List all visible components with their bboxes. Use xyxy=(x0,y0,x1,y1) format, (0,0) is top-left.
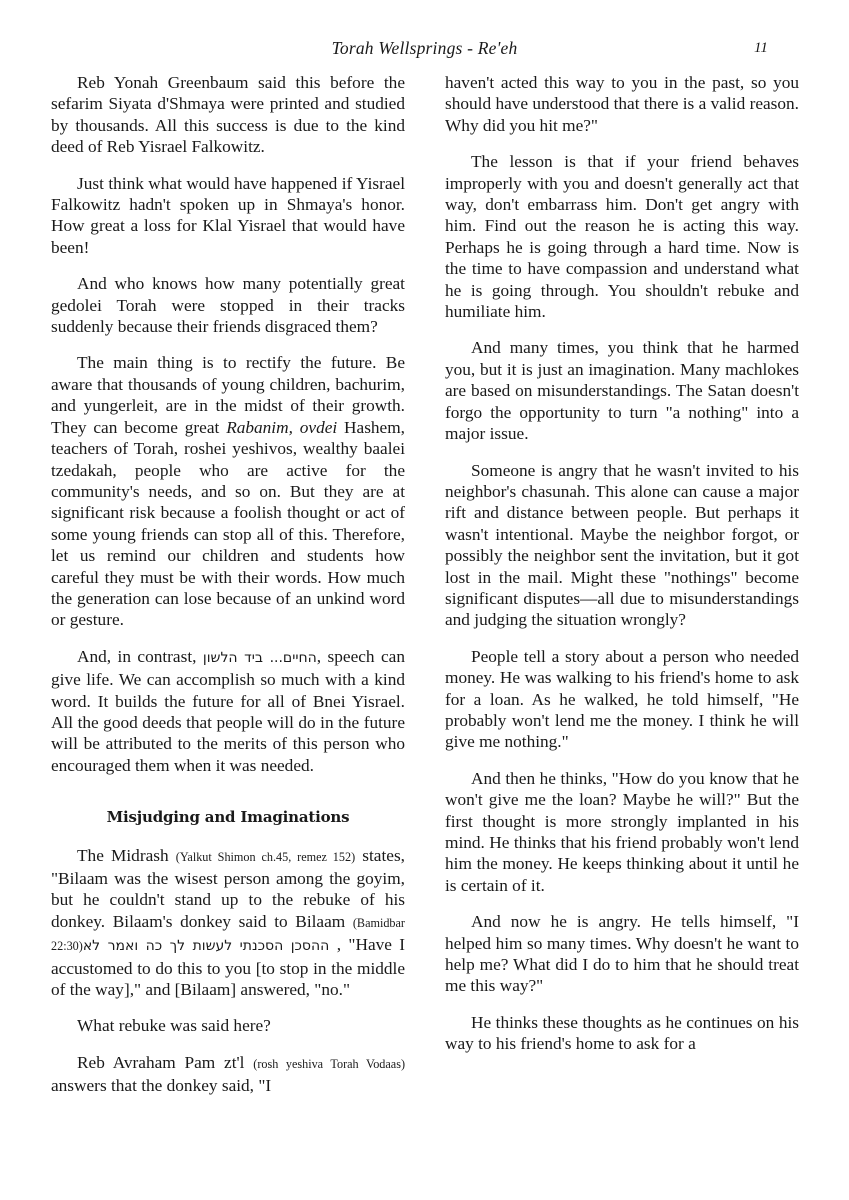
right-column: haven't acted this way to you in the pas… xyxy=(445,72,799,1070)
paragraph: He thinks these thoughts as he continues… xyxy=(445,1012,799,1055)
paragraph: What rebuke was said here? xyxy=(51,1015,405,1036)
paragraph: Reb Yonah Greenbaum said this before the… xyxy=(51,72,405,158)
paragraph: Someone is angry that he wasn't invited … xyxy=(445,460,799,631)
paragraph: And, in contrast, החיים... ביד הלשון, sp… xyxy=(51,646,405,776)
paragraph: The lesson is that if your friend behave… xyxy=(445,151,799,322)
paragraph: Reb Avraham Pam zt'l (rosh yeshiva Torah… xyxy=(51,1052,405,1097)
page-number: 11 xyxy=(754,40,768,57)
paragraph-text: answers that the donkey said, "I xyxy=(51,1076,271,1095)
paragraph: And now he is angry. He tells himself, "… xyxy=(445,911,799,997)
paragraph: People tell a story about a person who n… xyxy=(445,646,799,753)
paragraph: The Midrash (Yalkut Shimon ch.45, remez … xyxy=(51,845,405,1001)
source-citation: (Yalkut Shimon ch.45, remez 152) xyxy=(176,850,355,864)
hebrew-quote: ההסכן הסכנתי לעשות לך כה ואמר לא xyxy=(83,938,337,954)
paragraph-text: Reb Avraham Pam zt'l xyxy=(77,1053,253,1072)
paragraph: And then he thinks, "How do you know tha… xyxy=(445,768,799,896)
left-column: Reb Yonah Greenbaum said this before the… xyxy=(51,72,405,1112)
paragraph-text: And, in contrast, xyxy=(77,647,203,666)
running-header: Torah Wellsprings - Re'eh 11 xyxy=(0,34,849,64)
paragraph-text: Hashem, teachers of Torah, roshei yeshiv… xyxy=(51,418,405,630)
italic-term: Rabanim, ovdei xyxy=(226,418,337,437)
running-header-title: Torah Wellsprings - Re'eh xyxy=(0,38,849,59)
source-citation: (rosh yeshiva Torah Vodaas) xyxy=(253,1057,405,1071)
hebrew-quote: החיים... ביד הלשון xyxy=(203,650,317,666)
paragraph-continued: haven't acted this way to you in the pas… xyxy=(445,72,799,136)
paragraph-text: The Midrash xyxy=(77,846,176,865)
paragraph: And who knows how many potentially great… xyxy=(51,273,405,337)
paragraph: And many times, you think that he harmed… xyxy=(445,337,799,444)
paragraph: Just think what would have happened if Y… xyxy=(51,173,405,259)
paragraph: The main thing is to rectify the future.… xyxy=(51,352,405,630)
section-heading: Misjudging and Imaginations xyxy=(51,807,405,828)
